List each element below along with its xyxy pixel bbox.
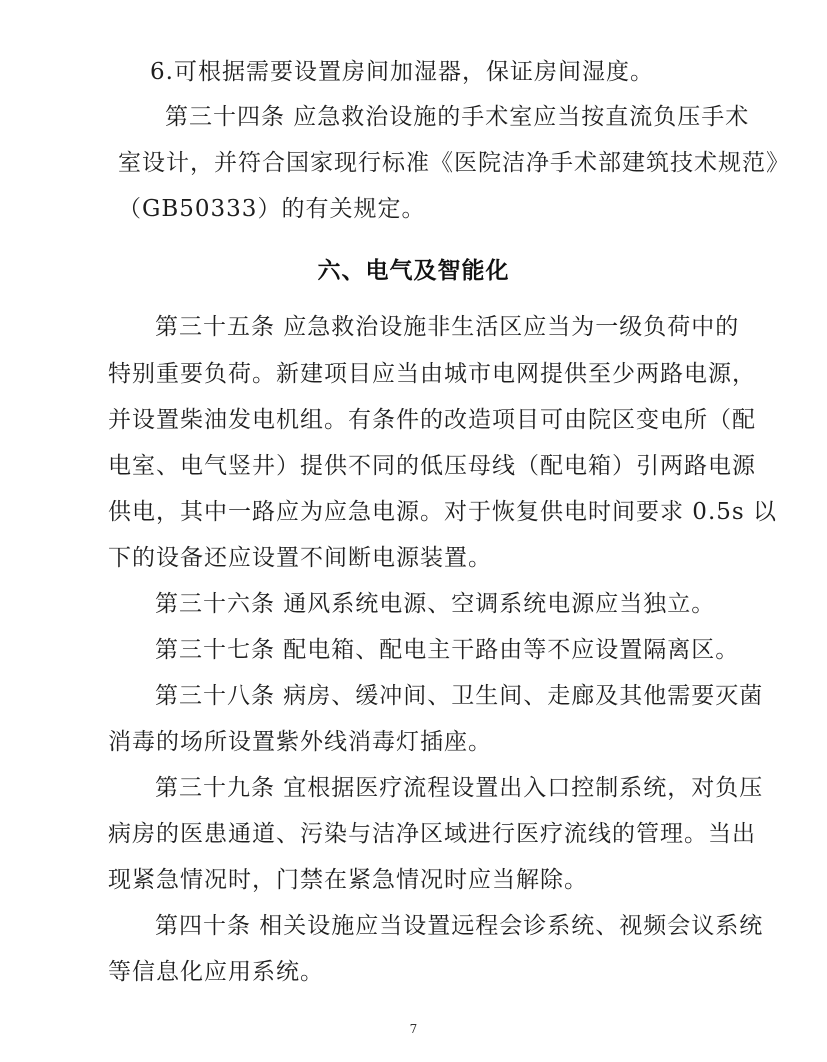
article-35-line-3: 并设置柴油发电机组。有条件的改造项目可由院区变电所（配	[108, 406, 722, 434]
article-34-line-2: 室设计，并符合国家现行标准《医院洁净手术部建筑技术规范》	[118, 149, 720, 177]
article-39-line-3: 现紧急情况时，门禁在紧急情况时应当解除。	[108, 866, 588, 894]
article-35-line-2: 特别重要负荷。新建项目应当由城市电网提供至少两路电源，	[108, 360, 722, 388]
article-39-line-2: 病房的医患通道、污染与洁净区域进行医疗流线的管理。当出	[108, 820, 722, 848]
article-39-line-1: 第三十九条 宜根据医疗流程设置出入口控制系统，对负压	[155, 774, 722, 802]
page-number: 7	[0, 1022, 827, 1036]
article-35-line-6: 下的设备还应设置不间断电源装置。	[108, 544, 492, 572]
article-34-line-1: 第三十四条 应急救治设施的手术室应当按直流负压手术	[165, 103, 718, 131]
article-37-line-1: 第三十七条 配电箱、配电主干路由等不应设置隔离区。	[155, 636, 739, 664]
item-6-text: 6.可根据需要设置房间加湿器，保证房间湿度。	[150, 58, 654, 86]
article-38-line-2: 消毒的场所设置紫外线消毒灯插座。	[108, 728, 492, 756]
article-35-line-1: 第三十五条 应急救治设施非生活区应当为一级负荷中的	[155, 313, 722, 341]
article-36-line-1: 第三十六条 通风系统电源、空调系统电源应当独立。	[155, 590, 715, 618]
section-heading: 六、电气及智能化	[0, 252, 827, 285]
article-40-line-1: 第四十条 相关设施应当设置远程会诊系统、视频会议系统	[155, 912, 722, 940]
article-34-line-3: （GB50333）的有关规定。	[118, 195, 425, 223]
article-40-line-2: 等信息化应用系统。	[108, 958, 324, 986]
article-35-line-4: 电室、电气竖井）提供不同的低压母线（配电箱）引两路电源	[108, 452, 722, 480]
article-35-line-5: 供电，其中一路应为应急电源。对于恢复供电时间要求 0.5s 以	[108, 498, 722, 526]
article-38-line-1: 第三十八条 病房、缓冲间、卫生间、走廊及其他需要灭菌	[155, 682, 722, 710]
